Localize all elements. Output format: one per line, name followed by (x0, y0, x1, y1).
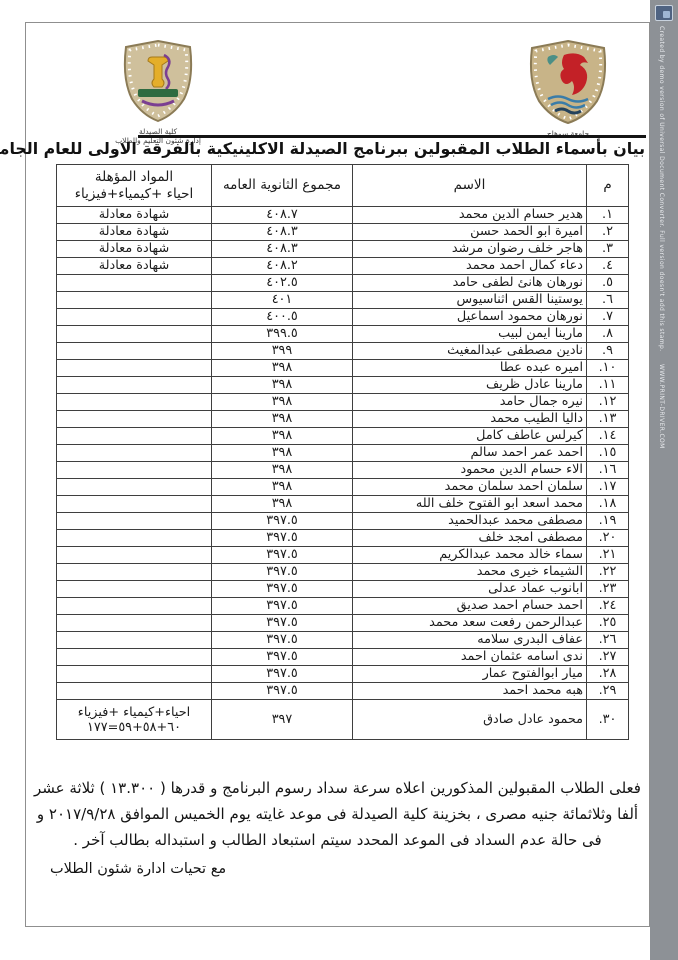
cell-score: ٣٩٧.٥ (212, 615, 353, 632)
cell-score: ٣٩٨ (212, 428, 353, 445)
cell-score: ٤٠٨.٣ (212, 241, 353, 258)
cell-number: ١٨. (587, 496, 629, 513)
table-row: ٢٢.الشيماء خيرى محمد٣٩٧.٥ (57, 564, 629, 581)
scanned-admission-document: { "watermark": { "line1": "Created by de… (0, 0, 678, 960)
cell-qualification: شهادة معادلة (57, 258, 212, 275)
cell-name: هبه محمد احمد (353, 683, 587, 700)
cell-qualification: شهادة معادلة (57, 241, 212, 258)
cell-score: ٣٩٧.٥ (212, 666, 353, 683)
cell-qualification (57, 649, 212, 666)
cell-qualification (57, 632, 212, 649)
cell-name: احمد عمر احمد سالم (353, 445, 587, 462)
cell-name: داليا الطيب محمد (353, 411, 587, 428)
payment-instructions-line2: ألفا وثلاثمائة جنيه مصرى ، بخزينة كلية ا… (32, 801, 643, 827)
table-row: ٢٤.احمد حسام احمد صديق٣٩٧.٥ (57, 598, 629, 615)
cell-name: مارينا ايمن لبيب (353, 326, 587, 343)
table-row: ٥.نورهان هانئ لطفى حامد٤٠٢.٥ (57, 275, 629, 292)
table-row: ٤.دعاء كمال احمد محمد٤٠٨.٢شهادة معادلة (57, 258, 629, 275)
cell-qualification (57, 326, 212, 343)
document-page: كلية الصيدلة إدارة شئون التعليم والطلاب … (25, 22, 650, 927)
cell-number: ٢٩. (587, 683, 629, 700)
cell-name: اميره عبده عطا (353, 360, 587, 377)
cell-qualification (57, 683, 212, 700)
cell-number: ٩. (587, 343, 629, 360)
cell-score: ٣٩٧.٥ (212, 530, 353, 547)
table-row: ١٨.محمد اسعد ابو الفتوح خلف الله٣٩٨ (57, 496, 629, 513)
cell-number: ١٦. (587, 462, 629, 479)
cell-number: ٢. (587, 224, 629, 241)
cell-name: ابانوب عماد عدلى (353, 581, 587, 598)
cell-qualification (57, 394, 212, 411)
cell-score: ٤٠١ (212, 292, 353, 309)
cell-score: ٣٩٨ (212, 360, 353, 377)
table-row: ١٧.سلمان احمد سلمان محمد٣٩٨ (57, 479, 629, 496)
cell-qualification: شهادة معادلة (57, 207, 212, 224)
cell-number: ٥. (587, 275, 629, 292)
cell-score: ٣٩٨ (212, 411, 353, 428)
cell-number: ٢٣. (587, 581, 629, 598)
cell-qualification (57, 411, 212, 428)
cell-name: نورهان هانئ لطفى حامد (353, 275, 587, 292)
pharmacy-college-logo: كلية الصيدلة إدارة شئون التعليم والطلاب (98, 39, 218, 145)
watermark-line1: Created by demo version of Universal Doc… (658, 26, 665, 352)
cell-qualification (57, 360, 212, 377)
cell-qualification: شهادة معادلة (57, 224, 212, 241)
cell-name: كيرلس عاطف كامل (353, 428, 587, 445)
university-shield-icon (524, 39, 612, 125)
cell-score: ٣٩٨ (212, 496, 353, 513)
cell-qualification (57, 292, 212, 309)
cell-score: ٣٩٧.٥ (212, 683, 353, 700)
table-row: ١٣.داليا الطيب محمد٣٩٨ (57, 411, 629, 428)
table-row: ١١.مارينا عادل ظريف٣٩٨ (57, 377, 629, 394)
cell-name: مارينا عادل ظريف (353, 377, 587, 394)
cell-score: ٣٩٧.٥ (212, 598, 353, 615)
cell-qualification (57, 496, 212, 513)
cell-name: الشيماء خيرى محمد (353, 564, 587, 581)
cell-number: ١٧. (587, 479, 629, 496)
cell-name: عبدالرحمن رفعت سعد محمد (353, 615, 587, 632)
cell-number: ١٢. (587, 394, 629, 411)
header-qualification-line1: المواد المؤهلة (60, 169, 208, 186)
cell-score: ٣٩٧.٥ (212, 632, 353, 649)
cell-number: ٢١. (587, 547, 629, 564)
cell-name: هدير حسام الدين محمد (353, 207, 587, 224)
cell-name: احمد حسام احمد صديق (353, 598, 587, 615)
cell-name: سماء خالد محمد عبدالكريم (353, 547, 587, 564)
cell-number: ٢٤. (587, 598, 629, 615)
cell-score: ٤٠٨.٢ (212, 258, 353, 275)
cell-qualification: احياء+كيمياء +فيزياء٦٠+٥٨+٥٩=١٧٧ (57, 700, 212, 740)
cell-qualification (57, 581, 212, 598)
cell-score: ٤٠٢.٥ (212, 275, 353, 292)
cell-number: ٤. (587, 258, 629, 275)
table-row: ٢٣.ابانوب عماد عدلى٣٩٧.٥ (57, 581, 629, 598)
converter-watermark-bar: Created by demo version of Universal Doc… (650, 0, 678, 960)
header-qualification: المواد المؤهلة احياء +كيمياء+فيزياء (57, 165, 212, 207)
cell-name: مصطفى محمد عبدالحميد (353, 513, 587, 530)
cell-name: سلمان احمد سلمان محمد (353, 479, 587, 496)
cell-name: محمد اسعد ابو الفتوح خلف الله (353, 496, 587, 513)
header-qualification-line2: احياء +كيمياء+فيزياء (60, 186, 208, 203)
cell-score: ٣٩٨ (212, 479, 353, 496)
cell-name: اميرة ابو الحمد حسن (353, 224, 587, 241)
cell-number: ٧. (587, 309, 629, 326)
cell-qualification (57, 615, 212, 632)
cell-number: ١. (587, 207, 629, 224)
cell-score: ٣٩٩.٥ (212, 326, 353, 343)
cell-qualification (57, 309, 212, 326)
cell-score: ٣٩٧.٥ (212, 547, 353, 564)
cell-number: ٢٦. (587, 632, 629, 649)
header-row: م الاسم مجموع الثانوية العامه المواد الم… (57, 165, 629, 207)
cell-name: دعاء كمال احمد محمد (353, 258, 587, 275)
sohag-university-logo: جامعة سوهاج (518, 39, 618, 138)
table-row: ٢٥.عبدالرحمن رفعت سعد محمد٣٩٧.٥ (57, 615, 629, 632)
table-row: ٢٠.مصطفى امجد خلف٣٩٧.٥ (57, 530, 629, 547)
cell-qualification (57, 666, 212, 683)
header-name: الاسم (353, 165, 587, 207)
table-row: ٢٨.ميار ابوالفتوح عمار٣٩٧.٥ (57, 666, 629, 683)
cell-score: ٣٩٨ (212, 394, 353, 411)
table-row: ٨.مارينا ايمن لبيب٣٩٩.٥ (57, 326, 629, 343)
table-row: ١٦.الاء حسام الدين محمود٣٩٨ (57, 462, 629, 479)
table-row: ٢٩.هبه محمد احمد٣٩٧.٥ (57, 683, 629, 700)
students-table-header: م الاسم مجموع الثانوية العامه المواد الم… (57, 165, 629, 207)
cell-score: ٣٩٨ (212, 377, 353, 394)
cell-qualification (57, 564, 212, 581)
header-score: مجموع الثانوية العامه (212, 165, 353, 207)
cell-score: ٣٩٧.٥ (212, 581, 353, 598)
cell-name: نادين مصطفى عبدالمغيث (353, 343, 587, 360)
pharmacy-shield-icon (118, 39, 198, 123)
cell-qualification (57, 530, 212, 547)
table-row: ١٢.نيره جمال حامد٣٩٨ (57, 394, 629, 411)
students-table-body: ١.هدير حسام الدين محمد٤٠٨.٧شهادة معادلة٢… (57, 207, 629, 740)
cell-name: ميار ابوالفتوح عمار (353, 666, 587, 683)
table-row: ١٠.اميره عبده عطا٣٩٨ (57, 360, 629, 377)
cell-name: محمود عادل صادق (353, 700, 587, 740)
cell-score: ٤٠٨.٧ (212, 207, 353, 224)
cell-number: ٢٠. (587, 530, 629, 547)
cell-number: ٦. (587, 292, 629, 309)
watermark-text: Created by demo version of Universal Doc… (658, 26, 665, 946)
cell-qualification (57, 377, 212, 394)
cell-number: ١٣. (587, 411, 629, 428)
cell-name: هاجر خلف رضوان مرشد (353, 241, 587, 258)
table-row: ٣.هاجر خلف رضوان مرشد٤٠٨.٣شهادة معادلة (57, 241, 629, 258)
cell-number: ١١. (587, 377, 629, 394)
cell-number: ٢٥. (587, 615, 629, 632)
cell-qualification (57, 598, 212, 615)
cell-qualification (57, 547, 212, 564)
cell-qualification (57, 462, 212, 479)
cell-qualification (57, 428, 212, 445)
table-row: ١.هدير حسام الدين محمد٤٠٨.٧شهادة معادلة (57, 207, 629, 224)
cell-qualification (57, 513, 212, 530)
cell-score: ٣٩٩ (212, 343, 353, 360)
header-number: م (587, 165, 629, 207)
cell-number: ٣. (587, 241, 629, 258)
cell-number: ٨. (587, 326, 629, 343)
table-row: ٢٧.ندى اسامه عثمان احمد٣٩٧.٥ (57, 649, 629, 666)
cell-name: الاء حسام الدين محمود (353, 462, 587, 479)
table-row: ٣٠.محمود عادل صادق٣٩٧احياء+كيمياء +فيزيا… (57, 700, 629, 740)
cell-number: ١٩. (587, 513, 629, 530)
cell-score: ٣٩٧.٥ (212, 649, 353, 666)
cell-number: ٢٧. (587, 649, 629, 666)
cell-name: مصطفى امجد خلف (353, 530, 587, 547)
cell-number: ٣٠. (587, 700, 629, 740)
table-row: ٢٦.عفاف البدرى سلامه٣٩٧.٥ (57, 632, 629, 649)
payment-instructions-line1: فعلى الطلاب المقبولين المذكورين اعلاه سر… (32, 775, 643, 801)
table-row: ١٥.احمد عمر احمد سالم٣٩٨ (57, 445, 629, 462)
cell-qualification (57, 343, 212, 360)
watermark-line2: WWW.PRINT-DRIVER.COM (658, 364, 665, 449)
cell-name: عفاف البدرى سلامه (353, 632, 587, 649)
table-row: ٧.نورهان محمود اسماعيل٤٠٠.٥ (57, 309, 629, 326)
cell-score: ٣٩٧ (212, 700, 353, 740)
cell-number: ١٥. (587, 445, 629, 462)
table-row: ١٤.كيرلس عاطف كامل٣٩٨ (57, 428, 629, 445)
cell-qualification (57, 445, 212, 462)
cell-score: ٤٠٨.٣ (212, 224, 353, 241)
table-row: ١٩.مصطفى محمد عبدالحميد٣٩٧.٥ (57, 513, 629, 530)
cell-number: ١٤. (587, 428, 629, 445)
signature-student-affairs: مع تحيات ادارة شئون الطلاب (50, 861, 226, 877)
document-converter-icon (655, 5, 673, 21)
cell-name: نيره جمال حامد (353, 394, 587, 411)
cell-qualification (57, 479, 212, 496)
cell-name: ندى اسامه عثمان احمد (353, 649, 587, 666)
cell-name: يوستينا القس اثناسيوس (353, 292, 587, 309)
cell-score: ٣٩٨ (212, 445, 353, 462)
table-row: ٩.نادين مصطفى عبدالمغيث٣٩٩ (57, 343, 629, 360)
cell-qualification (57, 275, 212, 292)
table-row: ٢.اميرة ابو الحمد حسن٤٠٨.٣شهادة معادلة (57, 224, 629, 241)
cell-score: ٣٩٨ (212, 462, 353, 479)
cell-number: ٢٨. (587, 666, 629, 683)
cell-number: ٢٢. (587, 564, 629, 581)
table-row: ٢١.سماء خالد محمد عبدالكريم٣٩٧.٥ (57, 547, 629, 564)
page-title: بيان بأسماء الطلاب المقبولين ببرنامج الص… (28, 139, 645, 163)
students-table: م الاسم مجموع الثانوية العامه المواد الم… (56, 164, 629, 740)
table-row: ٦.يوستينا القس اثناسيوس٤٠١ (57, 292, 629, 309)
cell-number: ١٠. (587, 360, 629, 377)
cell-score: ٤٠٠.٥ (212, 309, 353, 326)
title-top-rule (138, 135, 646, 138)
cell-name: نورهان محمود اسماعيل (353, 309, 587, 326)
payment-instructions: فعلى الطلاب المقبولين المذكورين اعلاه سر… (32, 775, 643, 853)
cell-score: ٣٩٧.٥ (212, 513, 353, 530)
payment-instructions-line3: فى حالة عدم السداد فى الموعد المحدد سيتم… (32, 827, 643, 853)
cell-score: ٣٩٧.٥ (212, 564, 353, 581)
